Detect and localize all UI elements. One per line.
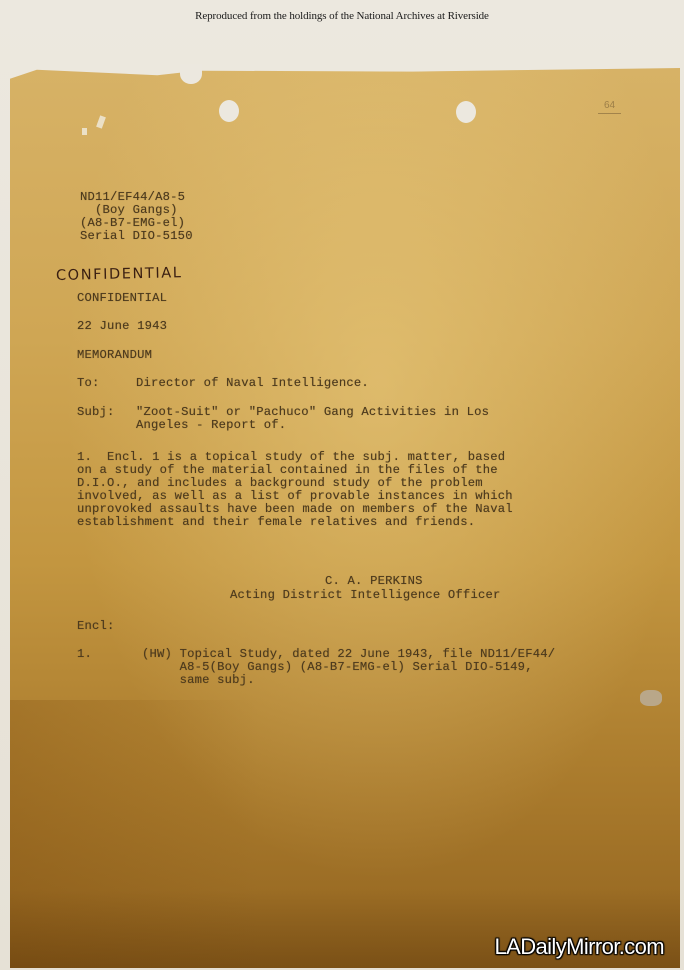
site-watermark: LADailyMirror.com bbox=[495, 934, 665, 960]
file-ref-line: ND11/EF44/A8-5 bbox=[80, 190, 185, 204]
punch-hole bbox=[456, 101, 476, 123]
signature-block: C. A. PERKINS Acting District Intelligen… bbox=[230, 575, 245, 614]
paragraph-1: 1. Encl. 1 is a topical study of the sub… bbox=[77, 451, 513, 529]
punch-hole bbox=[219, 100, 239, 122]
to-label: To: bbox=[77, 377, 100, 390]
paragraph-line: unprovoked assaults have been made on me… bbox=[77, 502, 513, 516]
paper-tear bbox=[640, 690, 662, 706]
page-number: 64 bbox=[598, 100, 621, 114]
enclosure-line: same subj. bbox=[142, 673, 255, 687]
signer-title: Acting District Intelligence Officer bbox=[230, 589, 501, 602]
memo-date: 22 June 1943 bbox=[77, 320, 167, 333]
classification-line: CONFIDENTIAL bbox=[77, 292, 167, 305]
signer-name: C. A. PERKINS bbox=[325, 575, 423, 588]
document-type: MEMORANDUM bbox=[77, 349, 152, 362]
file-reference: ND11/EF44/A8-5 (Boy Gangs) (A8-B7-EMG-el… bbox=[80, 191, 193, 243]
enclosure-line: A8-5(Boy Gangs) (A8-B7-EMG-el) Serial DI… bbox=[142, 660, 533, 674]
confidential-stamp: CONFIDENTIAL bbox=[56, 265, 183, 284]
file-ref-line: (Boy Gangs) bbox=[80, 203, 178, 217]
subject-label: Subj: bbox=[77, 406, 115, 419]
subject-line: Angeles - Report of. bbox=[136, 418, 286, 432]
subject-line: "Zoot-Suit" or "Pachuco" Gang Activities… bbox=[136, 405, 489, 419]
paragraph-line: establishment and their female relatives… bbox=[77, 515, 475, 529]
paragraph-line: involved, as well as a list of provable … bbox=[77, 489, 513, 503]
torn-notch bbox=[180, 64, 202, 84]
paragraph-line: on a study of the material contained in … bbox=[77, 463, 498, 477]
subject-text: "Zoot-Suit" or "Pachuco" Gang Activities… bbox=[136, 406, 489, 432]
enclosure-line: (HW) Topical Study, dated 22 June 1943, … bbox=[142, 647, 555, 661]
file-ref-line: (A8-B7-EMG-el) bbox=[80, 216, 185, 230]
paragraph-line: D.I.O., and includes a background study … bbox=[77, 476, 483, 490]
paragraph-line: 1. Encl. 1 is a topical study of the sub… bbox=[77, 450, 505, 464]
enclosure-number: 1. bbox=[77, 648, 92, 661]
to-recipient: Director of Naval Intelligence. bbox=[136, 377, 369, 390]
file-ref-line: Serial DIO-5150 bbox=[80, 229, 193, 243]
paper-tear bbox=[82, 128, 87, 135]
enclosures-label: Encl: bbox=[77, 620, 115, 633]
enclosure-item: (HW) Topical Study, dated 22 June 1943, … bbox=[142, 648, 555, 687]
archive-header: Reproduced from the holdings of the Nati… bbox=[0, 10, 684, 22]
